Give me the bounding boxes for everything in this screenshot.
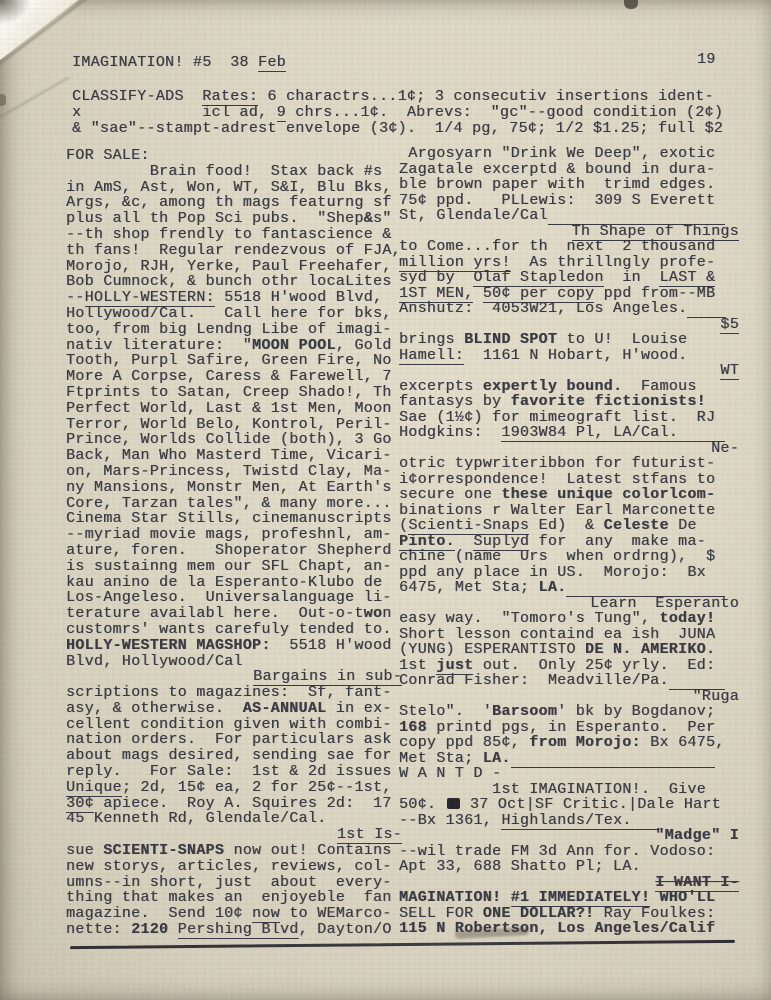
text-segment: from Morojo: — [529, 734, 641, 751]
text-line: thing that makes an enjoyeble fan — [66, 890, 402, 906]
text-line: WT — [399, 363, 739, 379]
text-segment: "Madge" I — [655, 827, 739, 844]
text-segment: 45 Kenneth Rd, Glendale/Cal. — [66, 810, 326, 827]
text-line: plus all th Pop Sci pubs. "Shep&s" — [66, 211, 402, 227]
text-segment: favorite fictionists! — [511, 393, 706, 410]
text-segment: thing that makes an enjoyeble fan — [66, 889, 392, 906]
ink-blot — [447, 798, 460, 809]
text-line: "Madge" I — [399, 828, 739, 844]
text-segment: th fans! Regular rendezvous of FJA, — [66, 242, 401, 259]
text-segment: about mags desired, sending sae for — [66, 747, 392, 764]
text-segment: HOLLY-WESTERN MAGSHOP: — [66, 637, 271, 654]
text-segment: Argosyarn "Drink We Deep", exotic — [399, 145, 715, 162]
text-line: new storys, articles, reviews, col- — [66, 859, 402, 875]
text-line: Los-Angeleso. Universalanguage li- — [66, 590, 402, 606]
text-line: $5 — [399, 317, 739, 333]
text-line: --Bx 1361, Highlands/Tex. — [399, 813, 739, 829]
text-segment: reply. For Sale: 1st & 2d issues — [66, 763, 392, 780]
text-line: 6475, Met Sta; LA. — [399, 580, 739, 596]
text-line: --myriad movie mags, profeshnl, am- — [66, 527, 402, 543]
text-line: (YUNG) ESPERANTISTO DE N. AMERIKO. — [399, 642, 739, 658]
text-line: Conrad Fisher: Meadville/Pa. — [399, 673, 739, 689]
text-line: Short lesson containd ea ish JUNA — [399, 627, 739, 643]
text-segment: Highlands/Tex. — [501, 812, 659, 830]
text-segment: CLASSIFY-ADS — [72, 88, 202, 105]
text-line: --th shop frendly to fantascience & — [66, 227, 402, 243]
text-segment: 168 — [399, 719, 427, 736]
text-segment: Terror, World Belo, Kontrol, Peril- — [66, 416, 392, 433]
text-line: MAGINATION! #1 IMMEDIATELY! WHO'LL — [399, 890, 739, 906]
text-segment: to Come...for th next 2 thousand — [399, 238, 715, 255]
text-segment: SCIENTI-SNAPS — [103, 842, 224, 859]
text-segment: kau anino de la Esperanto-Klubo de — [66, 574, 382, 591]
text-line: FOR SALE: — [66, 148, 402, 164]
text-line: 1ST MEN, 50¢ per copy ppd from--MB — [399, 286, 739, 302]
text-segment: AS-ANNUAL — [243, 700, 327, 717]
text-line: excerpts expertly bound. Famous — [399, 379, 739, 395]
text-segment: ppd any place in US. Morojo: Bx — [399, 564, 706, 581]
text-segment: syd by — [399, 269, 473, 286]
text-segment: today! — [659, 610, 715, 627]
text-line: I WANT I- — [399, 875, 739, 891]
text-segment: too, from big Lendng Libe of imagi- — [66, 321, 392, 338]
text-segment: in AmS, Ast, Won, WT, S&I, Blu Bks, — [66, 179, 392, 196]
text-line: Morojo, RJH, Yerke, Paul Freehafer, — [66, 259, 402, 275]
text-line: Met Sta; LA. — [399, 751, 739, 767]
text-segment: Args, &c, among th mags featurng sf — [66, 194, 392, 211]
text-segment: 6 charactrs...1¢; 3 consecutiv insertion… — [258, 88, 714, 105]
text-segment: 5518 H'wood Blvd, — [215, 289, 382, 306]
text-segment: Learn Esperanto — [590, 595, 739, 612]
text-line: syd by Olaf Stapledon in LAST & — [399, 270, 739, 286]
text-line: Bob Cumnock, & bunch othr locaLites — [66, 274, 402, 290]
text-line: Back, Man Who Masterd Time, Vicari- — [66, 448, 402, 464]
text-line: Perfect World, Last & 1st Men, Moon — [66, 401, 402, 417]
text-segment: terature availabl here. Out-o-t — [66, 605, 364, 622]
left-column: FOR SALE: Brain food! Stax back #sin AmS… — [66, 148, 402, 938]
text-line: Cinema Star Stills, cinemanuscripts — [66, 511, 402, 527]
text-segment: LA. — [483, 750, 511, 767]
text-line: "Ruga — [399, 689, 739, 705]
text-line: secure one these unique colorlcom- — [399, 487, 739, 503]
text-segment — [455, 533, 474, 550]
text-segment: ( — [399, 517, 408, 534]
text-segment: --th shop frendly to fantascience & — [66, 226, 392, 243]
text-segment: Bx 6475, — [641, 734, 725, 751]
text-line: (Scienti-Snaps Ed) & Celeste De — [399, 518, 739, 534]
text-segment: now out! Contains — [224, 842, 391, 859]
text-segment: in — [604, 269, 660, 286]
text-segment: 5518 H'wood — [271, 637, 392, 654]
text-segment: & — [364, 210, 373, 227]
text-line: Hollywood/Cal. Call here for bks, — [66, 306, 402, 322]
text-line: Stelo". 'Barsoom' bk by Bogdanov; — [399, 704, 739, 720]
text-segment: chrs...1¢. Abrevs: "gc"--good condition … — [286, 104, 723, 121]
text-segment: 6475, Met Sta; — [399, 579, 539, 596]
text-line: otric typwriteribbon for futurist- — [399, 456, 739, 472]
text-segment: scriptions to magazines: Sf, fant- — [66, 684, 392, 701]
text-segment: Celeste — [604, 517, 669, 534]
text-segment: BLIND SPOT — [464, 331, 557, 348]
text-line: is sustainng mem our SFL Chapt, an- — [66, 559, 402, 575]
text-line: nation orders. For particulars ask — [66, 732, 402, 748]
text-segment: is sustainng mem our SFL Chapt, an- — [66, 558, 392, 575]
text-line: Hodgkins: 1903W84 Pl, LA/Cal. — [399, 425, 739, 441]
text-line: Sae (1½¢) for mimeograft list. RJ — [399, 410, 739, 426]
text-line: CLASSIFY-ADS Rates: 6 charactrs...1¢; 3 … — [72, 89, 752, 105]
text-segment: Los-Angeleso. Universalanguage li- — [66, 589, 392, 606]
text-segment: 1st IMAGINATION!. Give — [399, 781, 706, 798]
text-segment: Bob Cumnock, & bunch othr locaLites — [66, 273, 392, 290]
text-line: reply. For Sale: 1st & 2d issues — [66, 764, 402, 780]
text-line: to Come...for th next 2 thousand — [399, 239, 739, 255]
bottom-rule — [70, 940, 735, 949]
text-segment: brings — [399, 331, 464, 348]
text-segment: Prince, Worlds Collide (both), 3 Go — [66, 431, 392, 448]
text-segment: Morojo, RJH, Yerke, Paul Freehafer, — [66, 258, 392, 275]
text-segment: --myriad movie mags, profeshnl, am- — [66, 526, 392, 543]
page-number: 19 — [697, 51, 716, 68]
text-line: & "sae"--stampt-adrest envelope (3¢). 1/… — [72, 121, 752, 137]
text-line: Ne- — [399, 441, 739, 457]
zine-title-month: Feb — [258, 54, 286, 72]
text-line: Unique; 2d, 15¢ ea, 2 for 25¢--1st, — [66, 780, 402, 796]
text-segment: Anshutz: 4053W21, Los Angeles. — [399, 300, 687, 317]
text-line: HOLLY-WESTERN MAGSHOP: 5518 H'wood — [66, 638, 402, 654]
text-segment: ature, foren. Shoperator Shepherd — [66, 542, 392, 559]
text-segment: Brain food! Stax back #s — [66, 163, 382, 180]
text-segment: Ray Foulkes: — [594, 905, 715, 922]
text-segment: 75¢ ppd. PLLewis: 309 S Everett — [399, 192, 715, 209]
corner-crease — [0, 77, 69, 134]
text-segment: Barsoom — [492, 703, 557, 720]
text-line: too, from big Lendng Libe of imagi- — [66, 322, 402, 338]
text-line: terature availabl here. Out-o-twon — [66, 606, 402, 622]
text-segment: 1st — [399, 657, 436, 674]
text-line: scriptions to magazines: Sf, fant- — [66, 685, 402, 701]
text-line: Brain food! Stax back #s — [66, 164, 402, 180]
text-line: kau anino de la Esperanto-Klubo de — [66, 575, 402, 591]
text-line: SELL FOR ONE DOLLAR?! Ray Foulkes: — [399, 906, 739, 922]
text-segment: ppd from--MB — [594, 285, 715, 302]
text-line: ble brown paper with trimd edges. — [399, 177, 739, 193]
text-segment: FOR SALE: — [66, 147, 150, 164]
text-line: Ftprints to Satan, Creep Shado!, Th — [66, 385, 402, 401]
text-line: million yrs! As thrillngly profe- — [399, 255, 739, 271]
text-segment: 50¢. — [399, 796, 446, 813]
text-segment: easy way. "Tomoro's Tung", — [399, 610, 659, 627]
text-line: 1st Is- — [66, 827, 402, 843]
corner-shadow — [0, 0, 30, 24]
text-segment: Ftprints to Satan, Creep Shado!, Th — [66, 384, 392, 401]
text-line: easy way. "Tomoro's Tung", today! — [399, 611, 739, 627]
text-line: W A N T D - — [399, 766, 739, 782]
classify-ads-block: CLASSIFY-ADS Rates: 6 charactrs...1¢; 3 … — [72, 89, 752, 136]
text-line: umns--in short, just about every- — [66, 875, 402, 891]
text-line: binations r Walter Earl Marconette — [399, 503, 739, 519]
text-line: copy ppd 85¢, from Morojo: Bx 6475, — [399, 735, 739, 751]
text-segment: 115 N Robertson, Los Angeles/Calif — [399, 920, 715, 937]
text-segment: Conrad Fisher: Meadville/Pa. — [399, 672, 669, 689]
text-segment: & "sae"--stampt-adrest envelope (3¢). 1/… — [72, 120, 723, 137]
text-line: ppd any place in US. Morojo: Bx — [399, 565, 739, 581]
text-line: magazine. Send 10¢ now to WEMarco- — [66, 906, 402, 922]
text-line: St, Glendale/Cal — [399, 208, 739, 224]
text-segment: these unique colorlcom- — [501, 486, 715, 503]
text-line: customrs' wants carefuly tended to. — [66, 622, 402, 638]
text-line: x icl ad, 9 chrs...1¢. Abrevs: "gc"--goo… — [72, 105, 752, 121]
text-segment: Hodgkins: — [399, 424, 501, 441]
text-line: Apt 33, 688 Shatto Pl; LA. — [399, 859, 739, 875]
text-segment: St, Glendale/Cal — [399, 207, 548, 224]
text-segment: n — [382, 605, 391, 622]
text-segment: chine (name Urs when ordrng), $ — [399, 548, 715, 565]
text-segment: asy, & otherwise. — [66, 700, 243, 717]
text-segment: W A N T D - — [399, 765, 501, 782]
text-line: Hamell: 1161 N Hobart, H'wood. — [399, 348, 739, 364]
text-segment — [687, 300, 724, 318]
text-segment: As thrillngly profe- — [511, 254, 716, 271]
text-segment: DE N. AMERIKO. — [585, 641, 715, 658]
text-segment: ny Mansions, Monstr Men, At Earth's — [66, 479, 392, 496]
zine-title: IMAGINATION! #5 38 Feb — [72, 54, 286, 71]
text-line: More A Corpse, Caress & Farewell, 7 — [66, 369, 402, 385]
text-line: 115 N Robertson, Los Angeles/Calif — [399, 921, 739, 937]
text-segment: Famous — [622, 378, 696, 395]
text-line: Args, &c, among th mags featurng sf — [66, 195, 402, 211]
text-line: Terror, World Belo, Kontrol, Peril- — [66, 417, 402, 433]
text-segment: Cinema Star Stills, cinemanuscripts — [66, 510, 392, 527]
text-segment: LA. — [539, 579, 567, 596]
text-segment: Tooth, Purpl Safire, Green Fire, No — [66, 352, 392, 369]
text-segment: Zagatale excerptd & bound in dura- — [399, 161, 715, 178]
text-line: 1st IMAGINATION!. Give — [399, 782, 739, 798]
text-segment: Back, Man Who Masterd Time, Vicari- — [66, 447, 392, 464]
text-line: on, Mars-Princess, Twistd Clay, Ma- — [66, 464, 402, 480]
text-line: --wil trade FM 3d Ann for. Vodoso: — [399, 844, 739, 860]
text-line: sue SCIENTI-SNAPS now out! Contains — [66, 843, 402, 859]
text-segment: Hollywood/Cal. Call here for bks, — [66, 305, 392, 322]
text-segment: Met Sta; — [399, 750, 483, 767]
text-line: ny Mansions, Monstr Men, At Earth's — [66, 480, 402, 496]
text-segment: -- — [66, 289, 85, 306]
text-line: i¢orrespondence! Latest stfans to — [399, 472, 739, 488]
text-line: fantasys by favorite fictionists! — [399, 394, 739, 410]
text-segment: expertly bound. — [483, 378, 623, 395]
text-segment: new storys, articles, reviews, col- — [66, 858, 392, 875]
text-segment — [168, 921, 177, 938]
text-segment: out. Only 25¢ yrly. Ed: — [473, 657, 715, 674]
text-segment: (YUNG) ESPERANTISTO — [399, 641, 585, 658]
text-line: 45 Kenneth Rd, Glendale/Cal. — [66, 811, 402, 827]
text-segment: copy ppd 85¢, — [399, 734, 529, 751]
text-segment: 37 Oct|SF Critic.|Dale Hart — [461, 796, 721, 813]
text-line: 75¢ ppd. PLLewis: 309 S Everett — [399, 193, 739, 209]
text-segment: umns--in short, just about every- — [66, 874, 392, 891]
text-line: nativ literature: "MOON POOL, Gold — [66, 338, 402, 354]
text-segment: ONE DOLLAR?! — [483, 905, 595, 922]
text-line: in AmS, Ast, Won, WT, S&I, Blu Bks, — [66, 180, 402, 196]
text-segment: Ed) & — [529, 517, 603, 534]
text-line: Learn Esperanto — [399, 596, 739, 612]
text-line: 1st just out. Only 25¢ yrly. Ed: — [399, 658, 739, 674]
text-segment: plus all th Pop Sci pubs. "Shep — [66, 210, 364, 227]
zine-title-text: IMAGINATION! #5 38 — [72, 54, 258, 71]
text-line: 50¢. 37 Oct|SF Critic.|Dale Hart — [399, 797, 739, 813]
text-line: --HOLLY-WESTERN: 5518 H'wood Blvd, — [66, 290, 402, 306]
text-segment: Sae (1½¢) for mimeograft list. RJ — [399, 409, 715, 426]
text-segment: "Ruga — [692, 688, 739, 705]
text-segment: Pershing Blvd — [178, 921, 299, 939]
text-segment: on, Mars-Princess, Twistd Clay, Ma- — [66, 463, 392, 480]
text-segment: to WEMarco- — [280, 905, 392, 922]
text-line: 168 printd pgs, in Esperanto. Per — [399, 720, 739, 736]
text-segment: apiece. Roy A. Squires 2d: 17 — [94, 795, 392, 812]
text-segment: i¢orrespondence! Latest stfans to — [399, 471, 715, 488]
text-line: th fans! Regular rendezvous of FJA, — [66, 243, 402, 259]
text-segment: s" — [373, 210, 392, 227]
text-segment: --Bx 1361, — [399, 812, 501, 829]
text-segment: nativ literature: " — [66, 337, 252, 354]
text-segment: De — [669, 517, 697, 534]
text-segment: Stelo". ' — [399, 703, 492, 720]
text-segment: magazine. Send 10¢ — [66, 905, 252, 922]
ink-speck-left — [0, 94, 6, 106]
text-line: Core, Tarzan tales", & many more... — [66, 496, 402, 512]
text-segment: otric typwriteribbon for futurist- — [399, 455, 715, 472]
text-segment: to U! Louise — [557, 331, 687, 348]
text-line: nette: 2120 Pershing Blvd, Dayton/O — [66, 922, 402, 938]
text-segment: , Gold — [336, 337, 392, 354]
text-line: asy, & otherwise. AS-ANNUAL in ex- — [66, 701, 402, 717]
text-segment: Apt 33, 688 Shatto Pl; LA. — [399, 858, 641, 875]
text-line: about mags desired, sending sae for — [66, 748, 402, 764]
text-segment: binations r Walter Earl Marconette — [399, 502, 715, 519]
text-segment: x icl ad, — [72, 104, 277, 121]
text-line: ature, foren. Shoperator Shepherd — [66, 543, 402, 559]
text-segment — [511, 750, 716, 768]
text-segment: Ne- — [711, 440, 739, 457]
text-line: brings BLIND SPOT to U! Louise — [399, 332, 739, 348]
page-scan: IMAGINATION! #5 38 Feb 19 CLASSIFY-ADS R… — [0, 0, 771, 1000]
text-segment: ble brown paper with trimd edges. — [399, 176, 715, 193]
text-segment: SELL FOR — [399, 905, 483, 922]
text-segment: --wil trade FM 3d Ann for. Vodoso: — [399, 843, 715, 860]
text-segment: fantasys by — [399, 393, 511, 410]
text-segment: ; 2d, 15¢ ea, 2 for 25¢--1st, — [122, 779, 392, 796]
text-line: cellent condition given with combi- — [66, 717, 402, 733]
text-line: Zagatale excerptd & bound in dura- — [399, 162, 739, 178]
text-line: Tooth, Purpl Safire, Green Fire, No — [66, 353, 402, 369]
text-segment: More A Corpse, Caress & Farewell, 7 — [66, 368, 392, 385]
text-segment: Core, Tarzan tales", & many more... — [66, 495, 392, 512]
text-segment: for any make ma- — [529, 533, 706, 550]
text-segment: MOON POOL — [252, 337, 336, 354]
text-segment: Hamell: — [399, 347, 464, 365]
text-segment: MAGINATION! — [399, 889, 511, 906]
text-segment: 1161 N Hobart, H'wood. — [464, 347, 687, 364]
text-segment: $5 — [720, 316, 739, 334]
text-segment: WHO'LL — [650, 889, 715, 906]
text-segment: sue — [66, 842, 103, 859]
text-line: Blvd, Hollywood/Cal — [66, 654, 402, 670]
text-segment: , Dayton/O — [299, 921, 392, 938]
text-line: Th Shape of Things — [399, 224, 739, 240]
text-segment: Perfect World, Last & 1st Men, Moon — [66, 400, 392, 417]
text-segment: excerpts — [399, 378, 483, 395]
text-segment: nation orders. For particulars ask — [66, 731, 392, 748]
text-segment: nette: — [66, 921, 131, 938]
text-line: chine (name Urs when ordrng), $ — [399, 549, 739, 565]
text-line: 30¢ apiece. Roy A. Squires 2d: 17 — [66, 796, 402, 812]
text-segment: secure one — [399, 486, 501, 503]
text-segment: Short lesson containd ea ish JUNA — [399, 626, 715, 643]
text-segment: printd pgs, in Esperanto. Per — [427, 719, 715, 736]
text-segment — [473, 285, 482, 302]
ink-speck-top — [624, 0, 638, 9]
text-line: Bargains in sub- — [66, 669, 402, 685]
text-line: Anshutz: 4053W21, Los Angeles. — [399, 301, 739, 317]
text-segment: 1903W84 Pl, LA/Cal. — [501, 424, 724, 442]
text-segment: Blvd, Hollywood/Cal — [66, 653, 243, 670]
text-line: Argosyarn "Drink We Deep", exotic — [399, 146, 739, 162]
text-segment: 2120 — [131, 921, 168, 938]
text-segment: ' bk by Bogdanov; — [557, 703, 715, 720]
text-segment: wo — [364, 605, 383, 622]
text-segment: in ex- — [326, 700, 391, 717]
text-segment: WT — [720, 362, 739, 380]
right-column: Argosyarn "Drink We Deep", exoticZagatal… — [399, 146, 739, 937]
text-line: Prince, Worlds Collide (both), 3 Go — [66, 432, 402, 448]
text-segment: cellent condition given with combi- — [66, 716, 392, 733]
text-line: Pinto. Suplyd for any make ma- — [399, 534, 739, 550]
text-segment: customrs' wants carefuly tended to. — [66, 621, 392, 638]
